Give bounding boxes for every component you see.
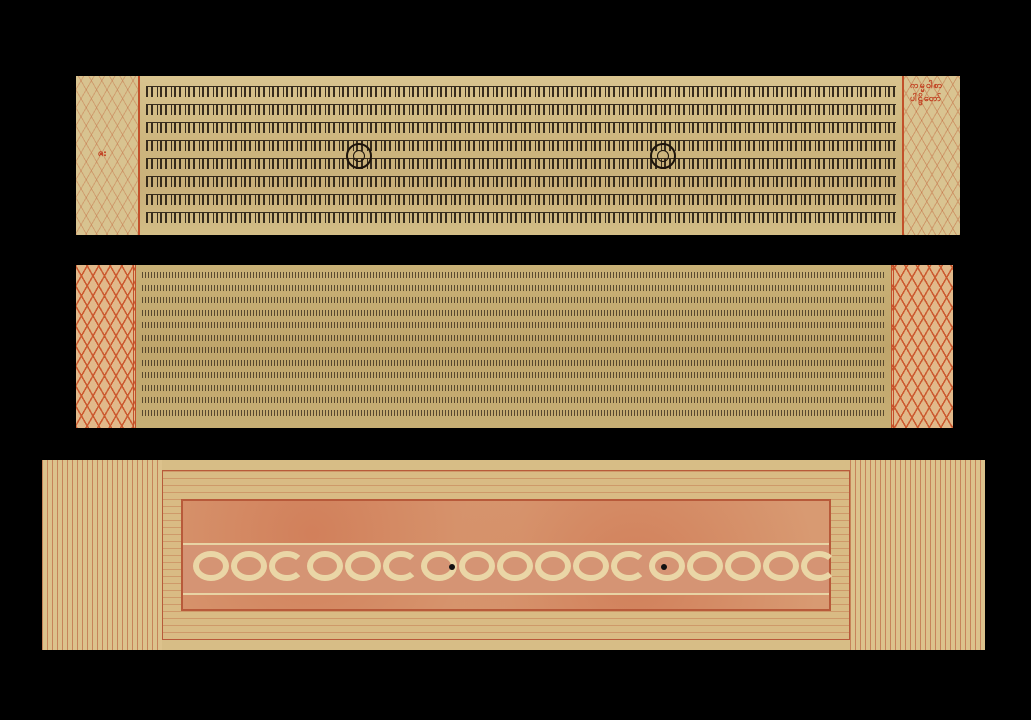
right-ornament-margin: ကမ္မဝါစာ ပါဠိတော် bbox=[902, 76, 960, 235]
lacquer-panel bbox=[181, 499, 831, 611]
string-hole bbox=[661, 564, 667, 570]
right-scroll-border bbox=[850, 460, 985, 650]
manuscript-leaf-1: ၐး ကမ္မဝါစာ ပါဠိတော် bbox=[76, 76, 960, 235]
manuscript-leaf-2 bbox=[76, 265, 953, 428]
left-floral-margin bbox=[76, 265, 136, 428]
left-scroll-border bbox=[42, 460, 162, 650]
right-floral-margin bbox=[891, 265, 953, 428]
margin-label: ၐး bbox=[98, 146, 107, 161]
margin-title: ကမ္မဝါစာ ပါဠိတော် bbox=[910, 80, 960, 106]
manuscript-cover-leaf bbox=[42, 460, 985, 650]
left-ornament-margin: ၐး bbox=[76, 76, 140, 235]
string-hole bbox=[449, 564, 455, 570]
script-text-block bbox=[146, 82, 896, 229]
string-hole-ring-icon bbox=[650, 143, 676, 169]
decorative-frame bbox=[162, 470, 850, 640]
string-hole-ring-icon bbox=[346, 143, 372, 169]
script-text-block bbox=[142, 269, 885, 422]
